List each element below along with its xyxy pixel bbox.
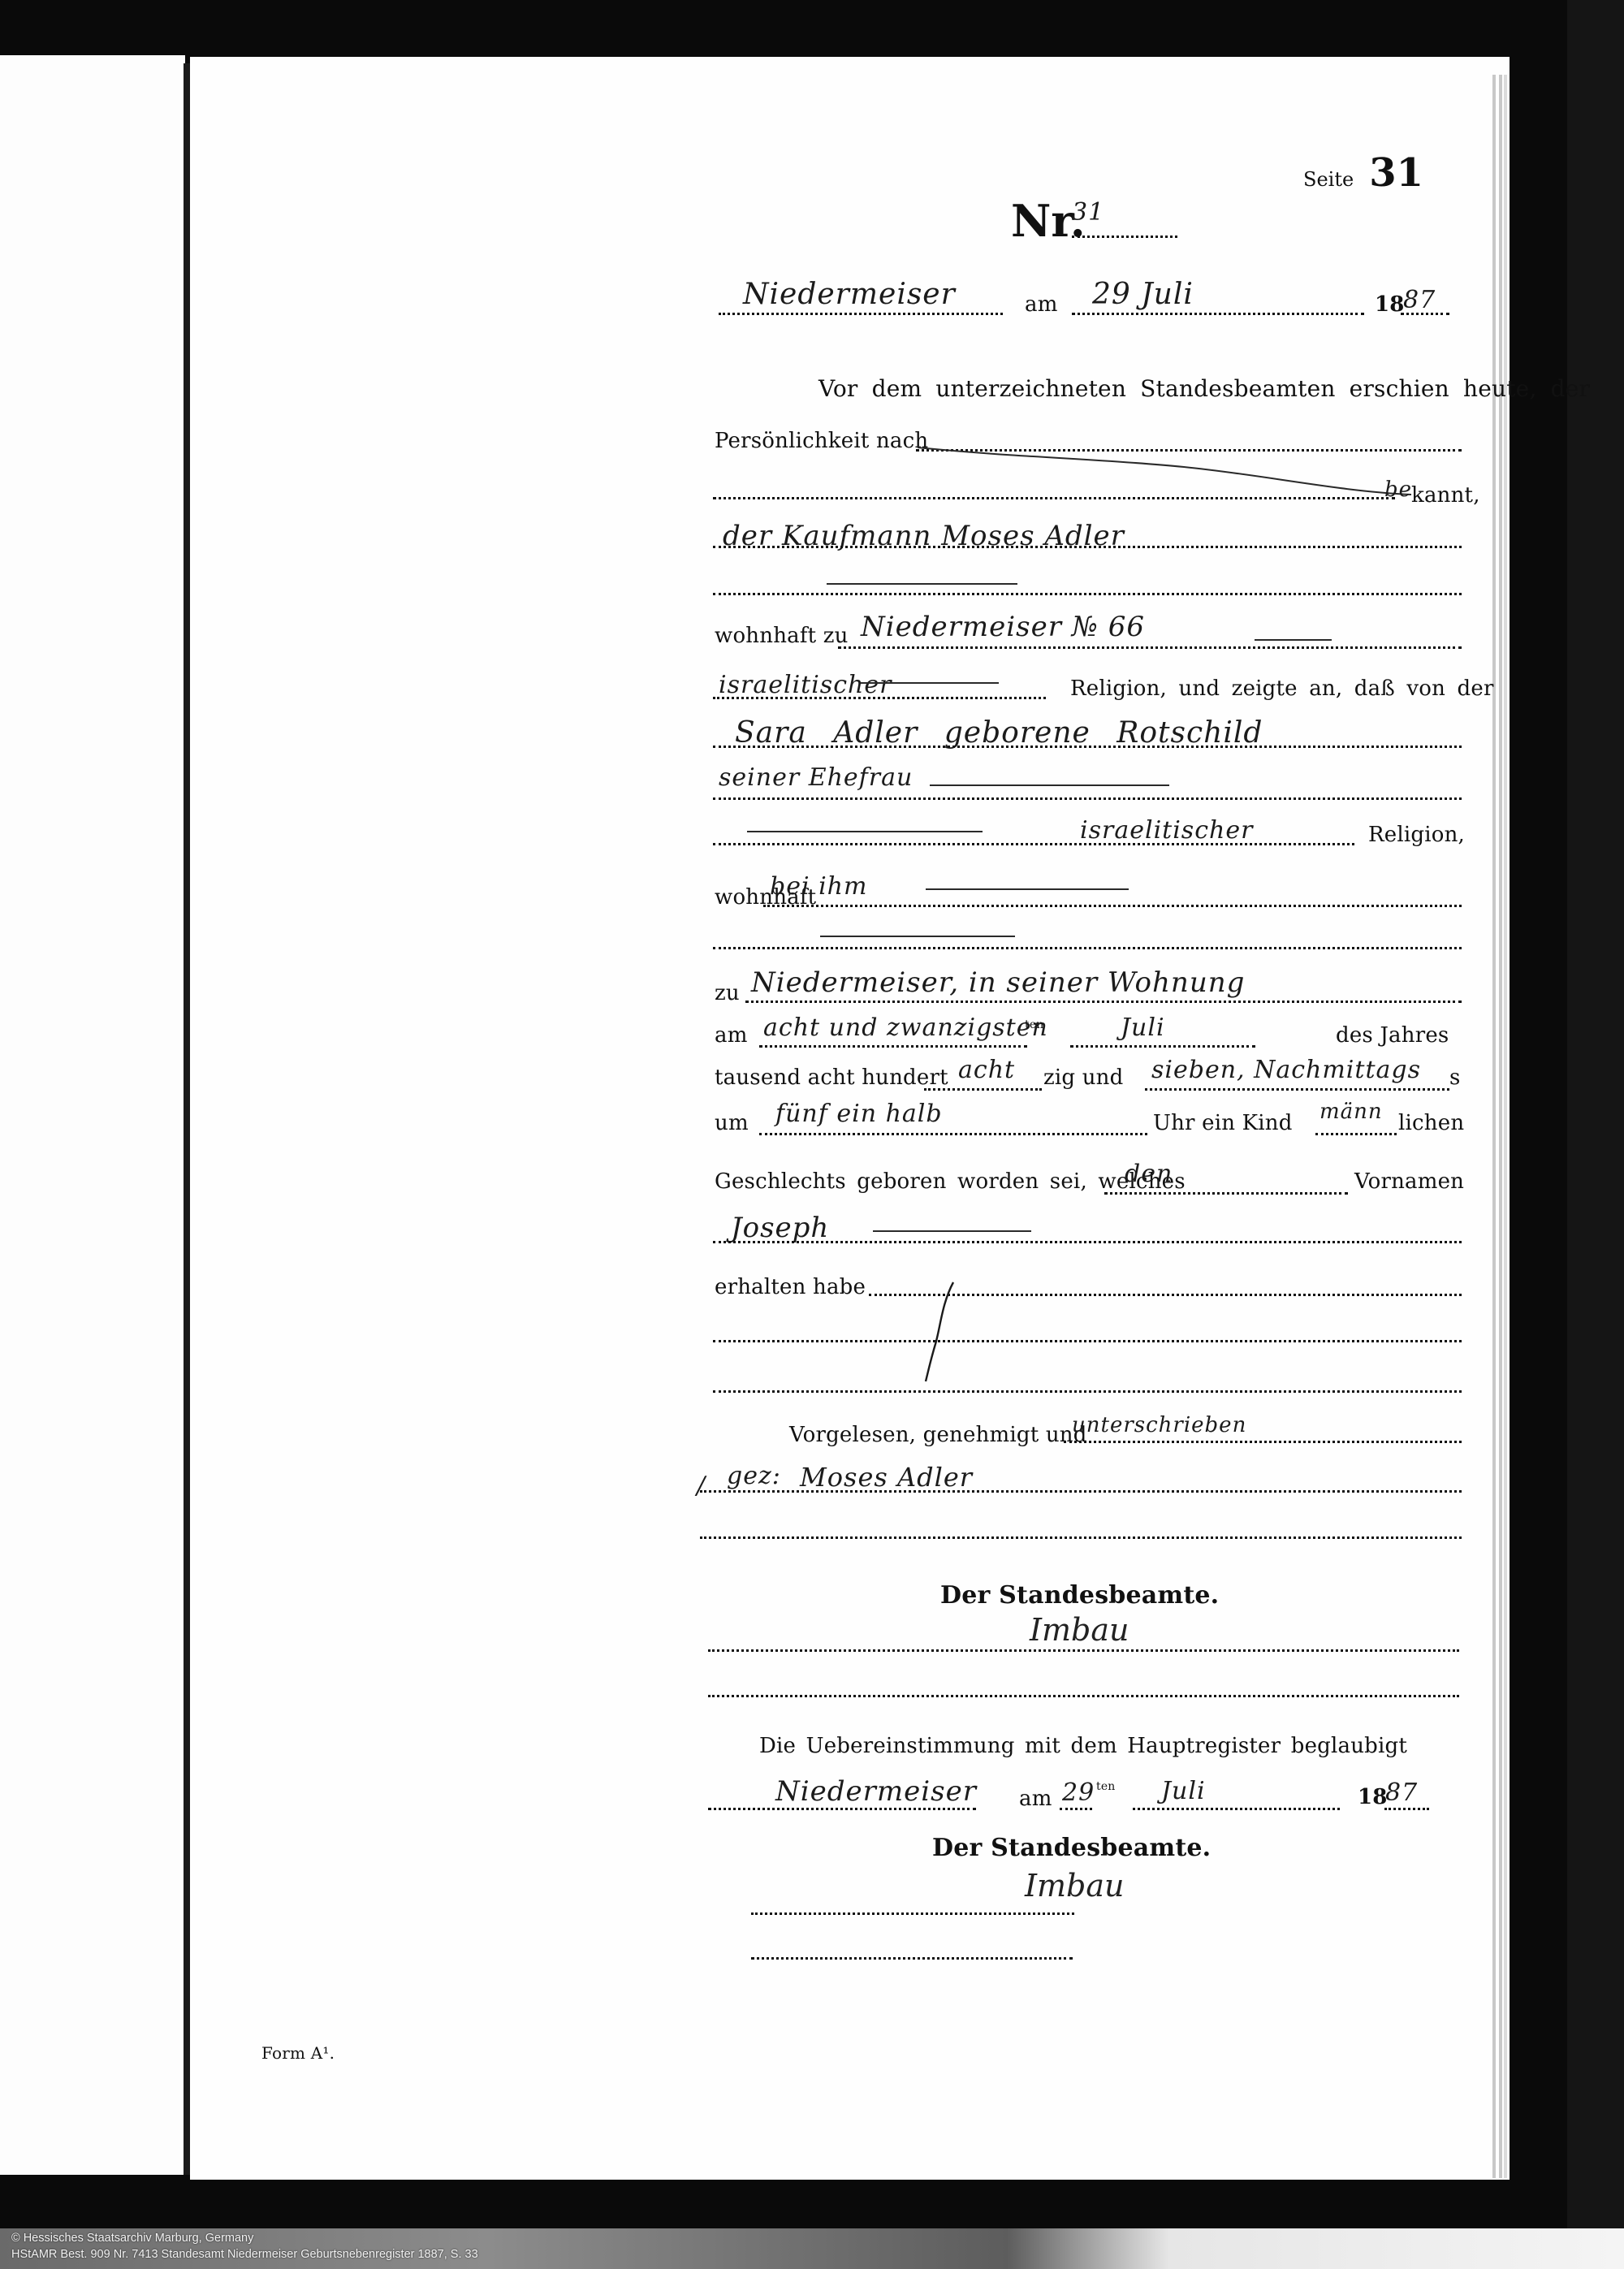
des-jahres-label: des Jahres <box>1336 1023 1449 1048</box>
dotted-line <box>1072 313 1364 315</box>
dotted-line <box>759 1045 1027 1048</box>
left-page <box>0 55 185 2175</box>
archive-citation: HStAMR Best. 909 Nr. 7413 Standesamt Nie… <box>11 2248 478 2261</box>
book-cover-edge <box>1567 0 1624 2228</box>
cancel-stroke <box>827 583 1017 585</box>
page-number-header: Seite 31 <box>1303 150 1423 196</box>
am-label: am <box>1025 292 1058 317</box>
birth-place: Niedermeiser, in seiner Wohnung <box>751 966 1245 999</box>
mother-name: Sara Adler geborene Rotschild <box>735 716 1263 750</box>
um-label: um <box>715 1111 749 1135</box>
year-suffix: 87 <box>1403 286 1436 314</box>
dotted-line <box>713 1241 1462 1243</box>
declarant-residence: Niedermeiser № 66 <box>861 611 1145 643</box>
dotted-line <box>700 1490 1462 1493</box>
birth-time: fünf ein halb <box>775 1100 943 1128</box>
dotted-line <box>1145 1088 1449 1091</box>
dotted-line <box>713 593 1462 595</box>
declarant-signature: Moses Adler <box>800 1462 973 1493</box>
dotted-line <box>708 1808 976 1810</box>
mother-residence: bei ihm <box>770 872 867 901</box>
dotted-line <box>763 905 1462 907</box>
cancel-stroke <box>916 443 1419 499</box>
s-suffix: s <box>1449 1065 1461 1090</box>
dotted-line <box>1401 313 1449 315</box>
mother-religion: israelitischer <box>1080 816 1253 845</box>
registrar-signature: Imbau <box>1030 1612 1129 1648</box>
dotted-line <box>719 313 1003 315</box>
dotted-line <box>924 1088 1042 1091</box>
cancel-stroke <box>930 784 1169 786</box>
uhr-label: Uhr ein Kind <box>1153 1111 1293 1135</box>
page-label: Seite <box>1303 168 1354 191</box>
archive-copyright: © Hessisches Staatsarchiv Marburg, Germa… <box>11 2232 253 2245</box>
lichen-label: lichen <box>1398 1111 1464 1135</box>
cancel-stroke <box>918 1279 958 1385</box>
vornamen-label: Vornamen <box>1354 1169 1464 1194</box>
form-reference: Form A¹. <box>261 2043 335 2063</box>
cancel-stroke <box>1255 639 1332 641</box>
certification-day: 29 <box>1062 1778 1095 1807</box>
dotted-line <box>745 1001 1462 1003</box>
geschlechts-clause: Geschlechts geboren worden sei, welches <box>715 1169 1186 1194</box>
unterschrieben: unterschrieben <box>1072 1413 1246 1437</box>
cancel-stroke <box>747 831 983 832</box>
year-units: sieben, Nachmittags <box>1151 1056 1421 1084</box>
dotted-line <box>713 1390 1462 1393</box>
religion-label: Religion, <box>1368 823 1465 847</box>
birth-day: acht und zwanzigsten <box>763 1013 1048 1042</box>
dotted-line <box>759 1133 1147 1135</box>
religion-clause: Religion, und zeigte an, daß von der <box>1070 676 1494 701</box>
dotted-line <box>1064 1441 1462 1443</box>
certification-am-label: am <box>1019 1787 1052 1811</box>
archive-footer: © Hessisches Staatsarchiv Marburg, Germa… <box>0 2228 1624 2269</box>
dotted-line <box>1072 236 1177 238</box>
year-tens: acht <box>958 1056 1015 1084</box>
dotted-line <box>713 947 1462 949</box>
dotted-line <box>713 843 1354 845</box>
cancel-stroke <box>873 1230 1031 1232</box>
dotted-line <box>713 797 1462 800</box>
intro-text: Vor dem unterzeichneten Standesbeamten e… <box>818 375 1590 402</box>
registrar-title: Der Standesbeamte. <box>940 1581 1219 1610</box>
dotted-line <box>1384 1808 1429 1810</box>
entry-number: 31 <box>1072 198 1104 227</box>
signature-prefix: gez: <box>727 1462 781 1490</box>
dotted-line <box>751 1912 1074 1915</box>
certification-registrar-signature: Imbau <box>1025 1868 1125 1904</box>
certification-month: Juli <box>1161 1777 1206 1805</box>
birth-month: Juli <box>1121 1013 1165 1042</box>
erhalten-label: erhalten habe <box>715 1275 866 1299</box>
dotted-line <box>708 1649 1459 1652</box>
den-hand: den <box>1125 1160 1173 1188</box>
declarant-religion: israelitischer <box>719 671 892 699</box>
dotted-line <box>713 697 1046 699</box>
zig-und-label: zig und <box>1043 1065 1123 1090</box>
cancel-stroke <box>926 888 1129 890</box>
dotted-line <box>713 497 1395 499</box>
register-date: 29 Juli <box>1092 278 1194 311</box>
margin-tick: / <box>697 1472 706 1500</box>
am-label: am <box>715 1023 748 1048</box>
vorgelesen-label: Vorgelesen, genehmigt und <box>789 1423 1087 1447</box>
certification-statement: Die Uebereinstimmung mit dem Hauptregist… <box>759 1734 1407 1758</box>
cancel-stroke <box>820 936 1015 937</box>
certification-registrar-title: Der Standesbeamte. <box>932 1834 1211 1862</box>
cancel-stroke <box>861 682 999 684</box>
bekannt-label: kannt, <box>1411 483 1480 508</box>
certification-place: Niedermeiser <box>775 1775 977 1808</box>
dotted-line <box>1070 1045 1255 1048</box>
certification-year-prefix: 18 <box>1358 1785 1388 1809</box>
dotted-line <box>713 546 1462 548</box>
child-sex: männ <box>1319 1100 1383 1124</box>
year-text-prefix: tausend acht hundert <box>715 1065 948 1090</box>
mother-relation: seiner Ehefrau <box>719 763 913 792</box>
wohnhaft-label: wohnhaft zu <box>715 624 849 648</box>
dotted-line <box>1133 1808 1340 1810</box>
persoenlichkeit-label: Persönlichkeit nach <box>715 429 928 453</box>
book-gutter <box>184 63 190 2175</box>
certification-year-suffix: 87 <box>1385 1778 1418 1807</box>
ten-label: ten <box>1025 1018 1044 1031</box>
register-place: Niedermeiser <box>743 278 956 311</box>
dotted-line <box>713 1340 1462 1342</box>
dotted-line <box>700 1536 1462 1539</box>
zu-label: zu <box>715 981 740 1005</box>
dotted-line <box>1104 1192 1348 1195</box>
page-number: 31 <box>1369 150 1423 196</box>
certification-ten-label: ten <box>1096 1780 1116 1793</box>
dotted-line <box>838 646 1462 649</box>
bekannt-hand: be <box>1384 478 1412 502</box>
dotted-line <box>1315 1133 1397 1135</box>
dotted-line <box>1060 1808 1092 1810</box>
dotted-line <box>751 1957 1073 1960</box>
dotted-line <box>708 1695 1459 1697</box>
dotted-line <box>713 746 1462 748</box>
child-name: Joseph <box>731 1212 829 1244</box>
